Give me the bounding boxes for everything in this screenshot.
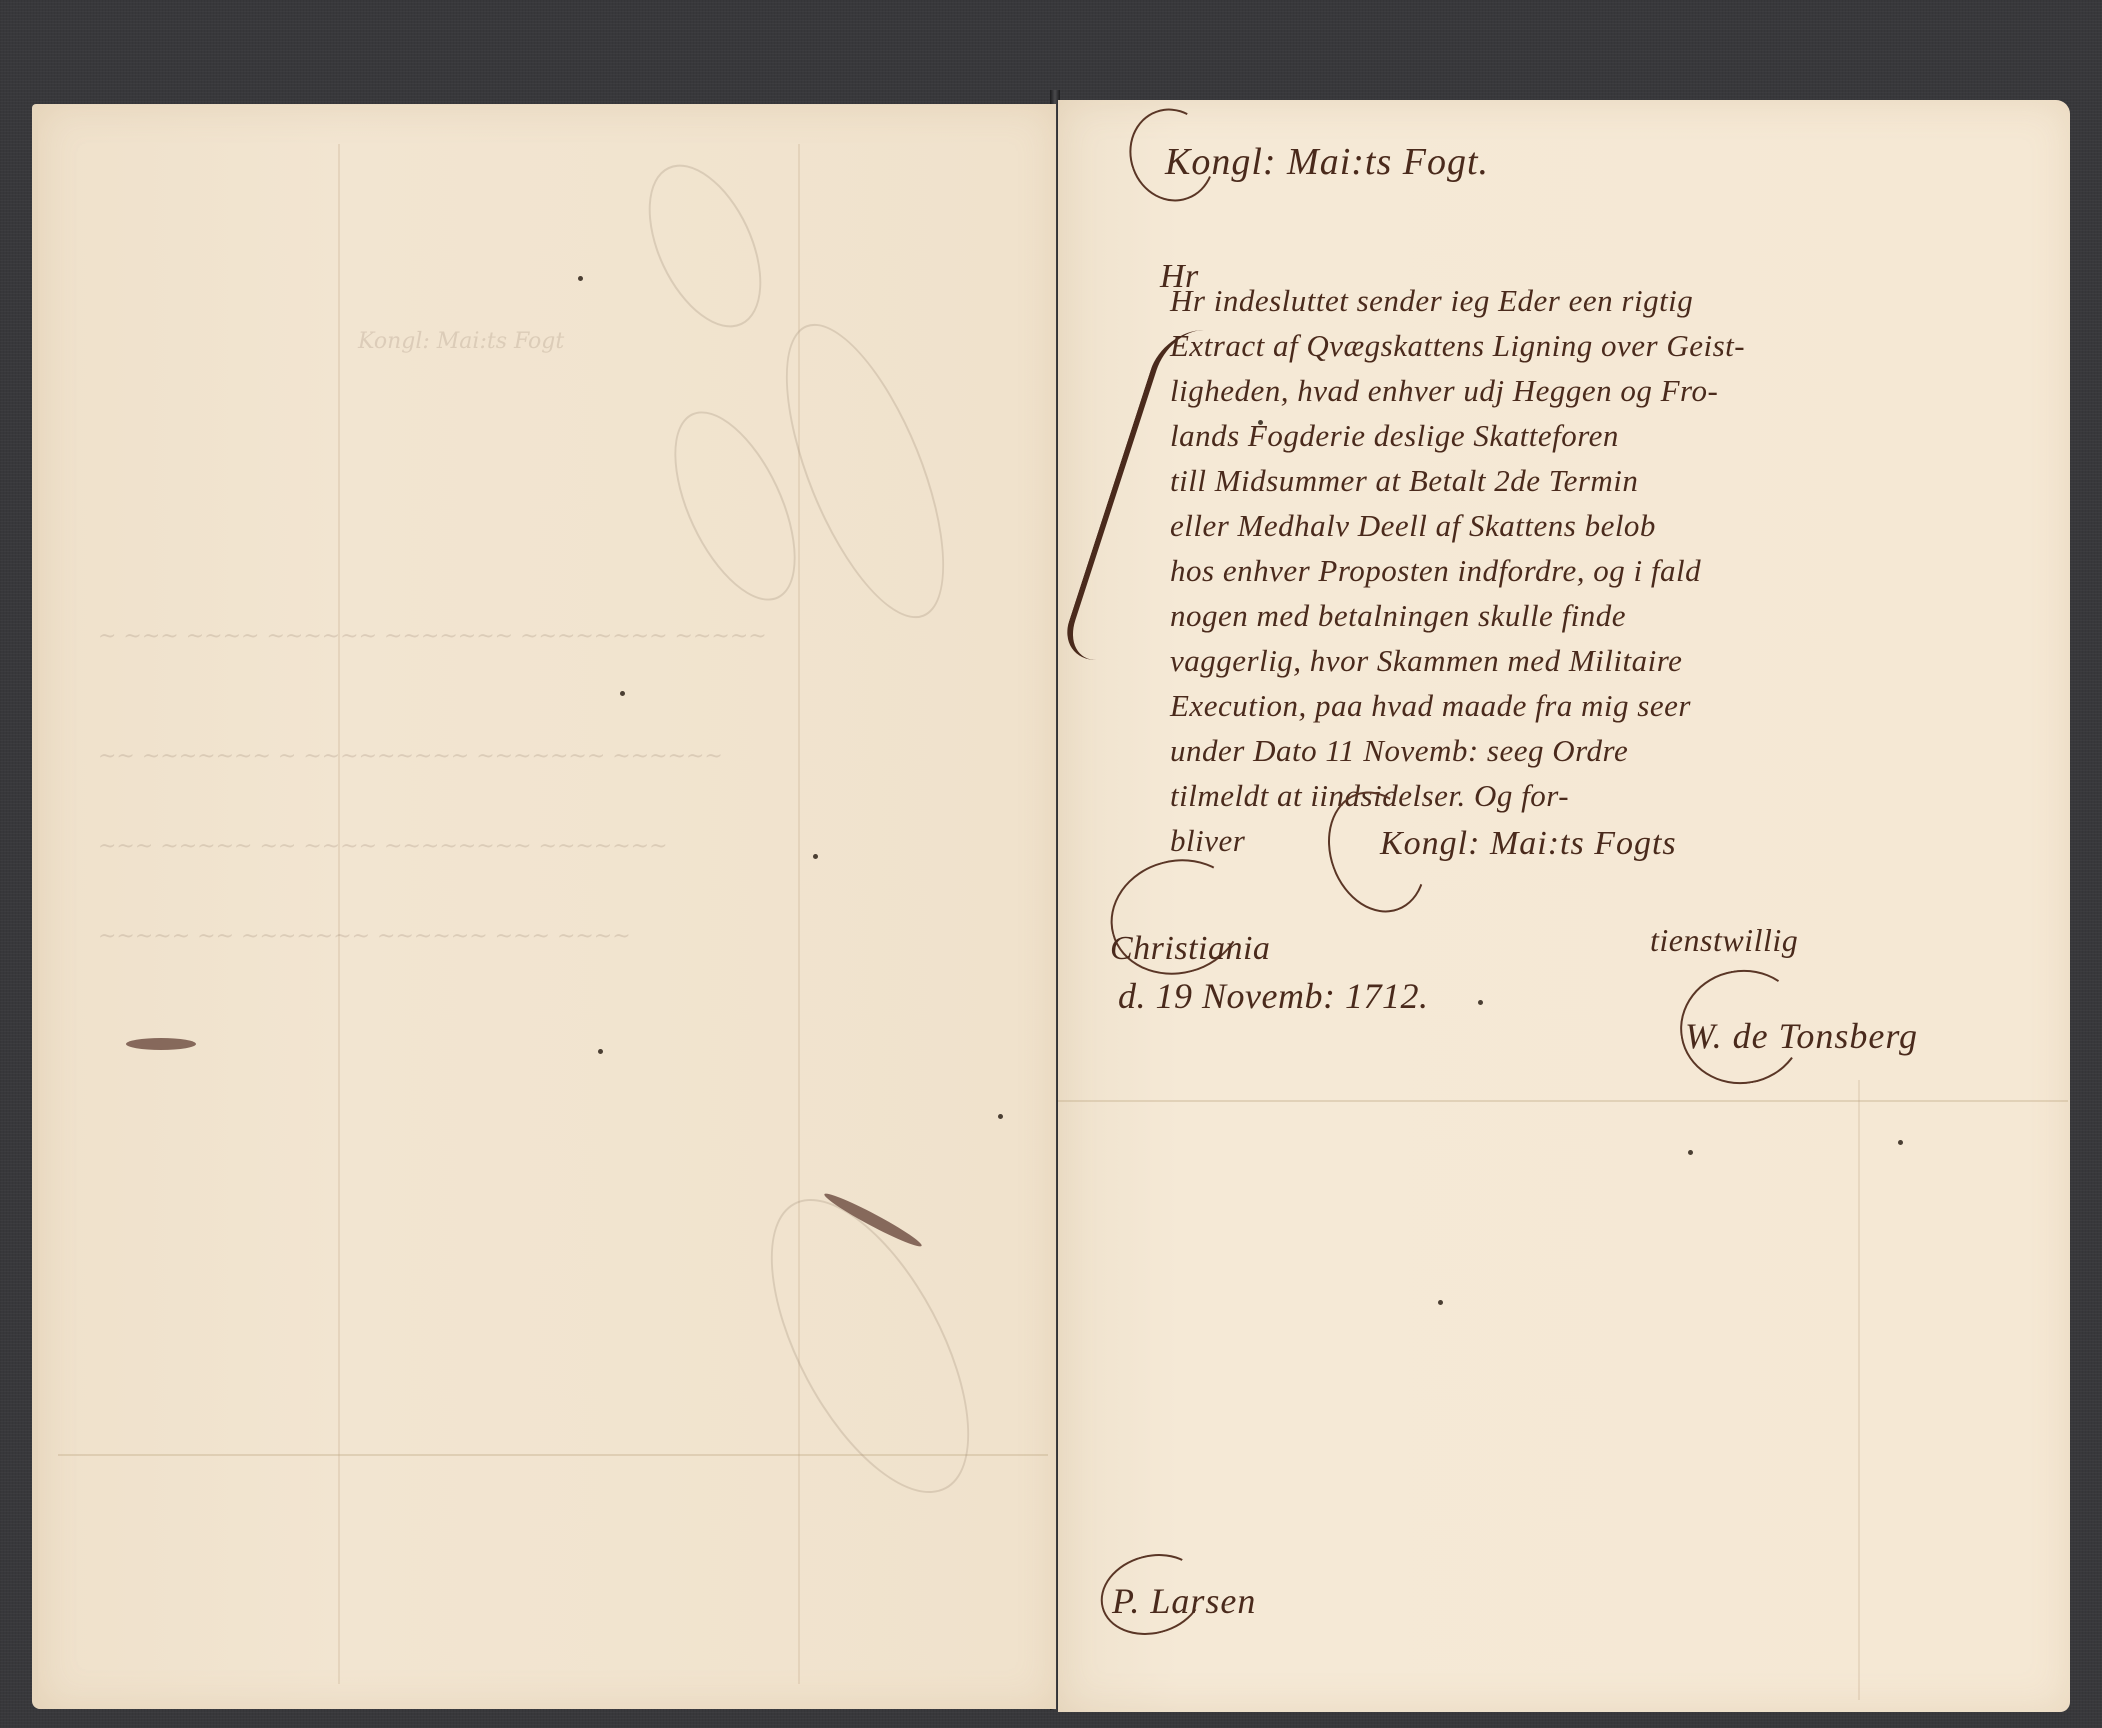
paper-spot: [813, 854, 818, 859]
letter-heading: Kongl: Mai:ts Fogt.: [1165, 140, 1489, 184]
body-line: ligheden, hvad enhver udj Heggen og Fro-: [1170, 373, 1718, 409]
paper-spot: [620, 691, 625, 696]
body-line: till Midsummer at Betalt 2de Termin: [1170, 463, 1638, 499]
valediction: tienstwillig: [1650, 922, 1798, 959]
fold-crease: [338, 144, 340, 1684]
place-name: Christiania: [1110, 930, 1270, 968]
body-line: nogen med betalningen skulle finde: [1170, 598, 1626, 634]
show-through-line: ~~~ ~~~~~ ~~ ~~~~ ~~~~~~~~ ~~~~~~~: [98, 834, 668, 859]
show-through-line: ~~~~~ ~~ ~~~~~~~ ~~~~~~ ~~~ ~~~~: [98, 924, 631, 949]
fold-crease: [1858, 1080, 1860, 1700]
body-line: Extract af Qvægskattens Ligning over Gei…: [1170, 328, 1745, 364]
body-line: Execution, paa hvad maade fra mig seer: [1170, 688, 1691, 724]
letter-date: d. 19 Novemb: 1712.: [1118, 975, 1428, 1017]
body-line: lands Fogderie deslige Skatteforen: [1170, 418, 1619, 454]
signature: W. de Tonsberg: [1685, 1015, 1918, 1057]
paper-spot: [578, 276, 583, 281]
paper-spot: [598, 1049, 603, 1054]
body-line: bliver: [1170, 823, 1245, 859]
second-signature: P. Larsen: [1112, 1580, 1256, 1622]
paper-spot: [1688, 1150, 1693, 1155]
paper-spot: [1898, 1140, 1903, 1145]
fold-crease: [1058, 1100, 2068, 1102]
show-through-line: ~ ~~~ ~~~~ ~~~~~~ ~~~~~~~ ~~~~~~~~ ~~~~~: [98, 624, 767, 649]
left-page: Kongl: Mai:ts Fogt ~ ~~~ ~~~~ ~~~~~~ ~~~…: [32, 104, 1056, 1709]
closing-formula: Kongl: Mai:ts Fogts: [1380, 825, 1677, 863]
show-through-line: ~~ ~~~~~~~ ~ ~~~~~~~~~ ~~~~~~~ ~~~~~~: [98, 744, 723, 769]
paper-spot: [1438, 1300, 1443, 1305]
body-line: hos enhver Proposten indfordre, og i fal…: [1170, 553, 1701, 589]
show-through-heading: Kongl: Mai:ts Fogt: [358, 329, 564, 354]
body-line: under Dato 11 Novemb: seeg Ordre: [1170, 733, 1628, 769]
ink-smear: [126, 1038, 196, 1050]
paper-spot: [1478, 1000, 1483, 1005]
body-line: eller Medhalv Deell af Skattens belob: [1170, 508, 1656, 544]
paper-spot: [998, 1114, 1003, 1119]
body-line: vaggerlig, hvor Skammen med Militaire: [1170, 643, 1682, 679]
show-through-flourish: [626, 147, 785, 344]
body-line: Hr indesluttet sender ieg Eder een rigti…: [1170, 283, 1693, 319]
